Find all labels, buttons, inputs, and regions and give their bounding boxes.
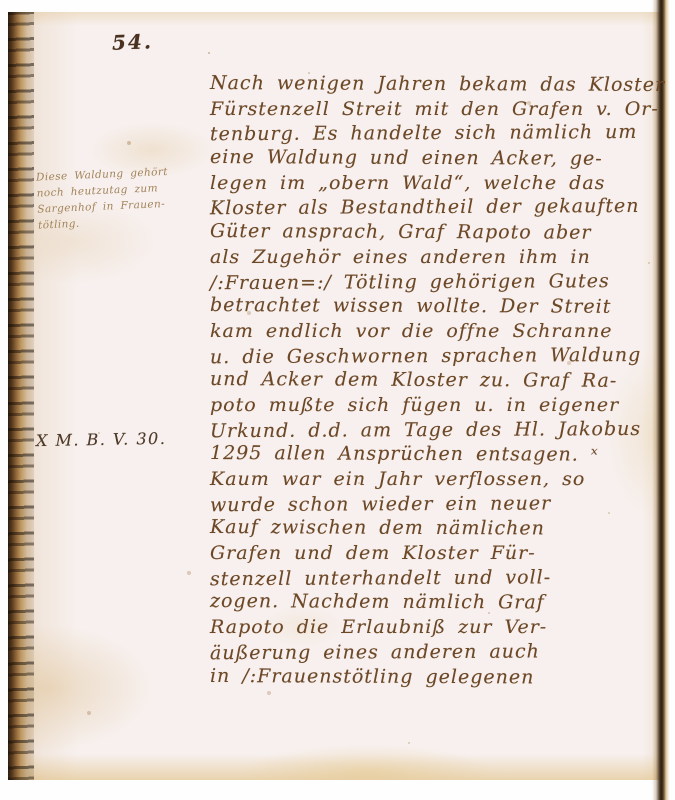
- manuscript-line: Urkund. d.d. am Tage des Hl. Jakobus: [210, 416, 665, 443]
- manuscript-line: u. die Geschwornen sprachen Waldung: [210, 342, 665, 369]
- manuscript-scan: 54. Diese Waldung gehörtnoch heutzutag z…: [0, 0, 675, 800]
- manuscript-line: Güter ansprach, Graf Rapoto aber: [210, 219, 665, 246]
- manuscript-line: /:Frauen=:/ Tötling gehörigen Gutes: [210, 268, 665, 295]
- manuscript-line: Kauf zwischen dem nämlichen: [210, 515, 665, 542]
- page-number: 54.: [112, 29, 154, 54]
- manuscript-line: eine Waldung und einen Acker, ge-: [210, 145, 665, 172]
- manuscript-line: betrachtet wissen wollte. Der Streit: [210, 293, 665, 320]
- manuscript-line: Kloster als Bestandtheil der gekauften: [210, 194, 665, 221]
- book-binding-edge: [8, 12, 34, 780]
- manuscript-line: Kaum war ein Jahr verflossen, so: [210, 467, 665, 492]
- manuscript-line: Rapoto die Erlaubniß zur Ver-: [210, 615, 665, 640]
- manuscript-line: 1295 allen Ansprüchen entsagen. ˣ: [210, 441, 665, 468]
- margin-note: Diese Waldung gehörtnoch heutzutag zumSa…: [36, 162, 204, 233]
- manuscript-line: Fürstenzell Streit mit den Grafen v. Or-: [210, 97, 665, 122]
- reference-note: X M. B. V. 30.: [36, 429, 167, 450]
- manuscript-line: poto mußte sich fügen u. in eigener: [210, 393, 665, 418]
- manuscript-body: Nach wenigen Jahren bekam das KlosterFür…: [210, 72, 665, 689]
- manuscript-line: zogen. Nachdem nämlich Graf: [210, 589, 665, 616]
- manuscript-line: wurde schon wieder ein neuer: [210, 490, 665, 517]
- manuscript-line: in /:Frauenstötling gelegenen: [210, 664, 665, 691]
- manuscript-line: Nach wenigen Jahren bekam das Kloster: [210, 71, 665, 98]
- manuscript-line: tenburg. Es handelte sich nämlich um: [210, 120, 665, 147]
- manuscript-line: äußerung eines anderen auch: [210, 639, 665, 666]
- manuscript-line: legen im „obern Wald“, welche das: [210, 171, 665, 196]
- manuscript-line: Grafen und dem Kloster Für-: [210, 541, 665, 566]
- manuscript-line: als Zugehör eines anderen ihm in: [210, 245, 665, 270]
- manuscript-line: stenzell unterhandelt und voll-: [210, 565, 665, 592]
- manuscript-line: kam endlich vor die offne Schranne: [210, 319, 665, 344]
- manuscript-line: und Acker dem Kloster zu. Graf Ra-: [210, 367, 665, 394]
